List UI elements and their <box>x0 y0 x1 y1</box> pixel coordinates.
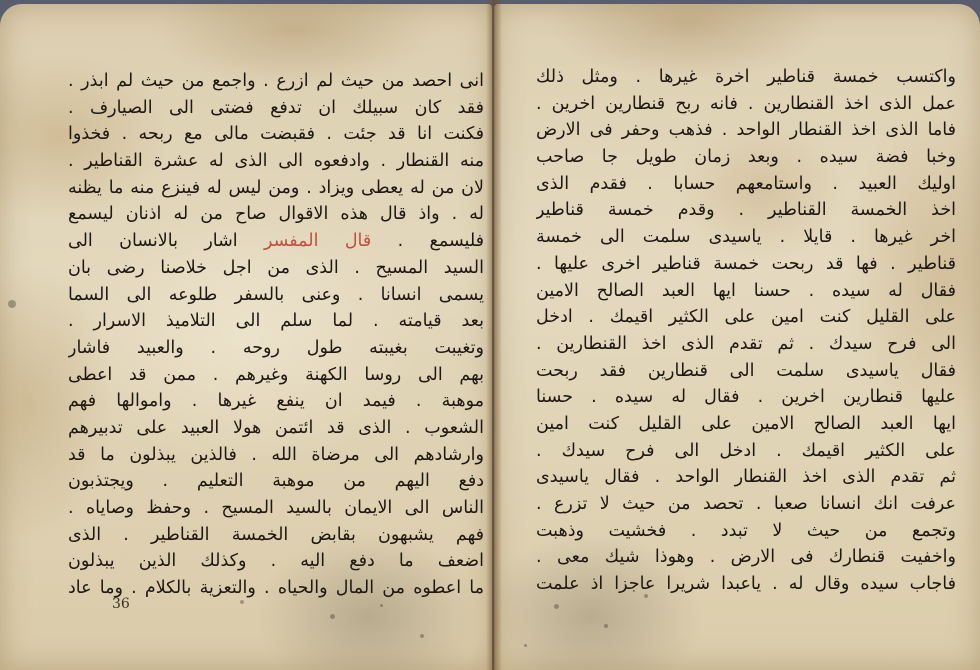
text-line: له . واذ قال هذه الاقوال صاح من له اذنان… <box>68 201 484 228</box>
foxing-spot <box>604 624 608 628</box>
right-page-text: واكتسب خمسة قناطير اخرة غيرها . ومثل ذلك… <box>536 64 956 598</box>
text-line: بعد قيامته . لما سلم الى التلاميذ الاسرا… <box>68 308 484 335</box>
text-line-start: فليسمع . <box>371 231 484 251</box>
text-line: وتجمع من حيث لا تبدد . فخشيت وذهبت <box>536 518 956 545</box>
text-line: بهم الى روسا الكهنة وغيرهم . ممن قد اعطى <box>68 362 484 389</box>
text-line: السيد المسيح . الذى من اجل خلاصنا رضى با… <box>68 255 484 282</box>
text-line-with-rubric: فليسمع . قال المفسر اشار بالانسان الى <box>68 228 484 255</box>
foxing-spot <box>420 634 424 638</box>
text-line-end: اشار بالانسان الى <box>68 231 264 251</box>
text-line: يسمى انسانا . وعنى بالسفر طلوعه الى السم… <box>68 282 484 309</box>
right-page: واكتسب خمسة قناطير اخرة غيرها . ومثل ذلك… <box>494 4 980 670</box>
text-line: فقد كان سبيلك ان تدفع فضتى الى الصيارف . <box>68 95 484 122</box>
text-line: الشعوب . الذى قد ائتمن هولا العبيد على ت… <box>68 415 484 442</box>
text-line: انى احصد من حيث لم ازرع . واجمع من حيث ل… <box>68 68 484 95</box>
foxing-spot <box>380 604 383 607</box>
left-page: انى احصد من حيث لم ازرع . واجمع من حيث ل… <box>0 4 492 670</box>
text-line: فاما الذى اخذ القنطار الواحد . فذهب وحفر… <box>536 117 956 144</box>
text-line: قناطير . فها قد ربحت خمسة قناطير اخرى عل… <box>536 251 956 278</box>
text-line: اضعف ما دفع اليه . وكذلك الذين يبذلون <box>68 548 484 575</box>
text-line: واكتسب خمسة قناطير اخرة غيرها . ومثل ذلك <box>536 64 956 91</box>
text-line: وارشادهم الى مرضاة الله . فالذين يبذلون … <box>68 442 484 469</box>
text-line: اخر غيرها . قايلا . ياسيدى سلمت الى خمسة <box>536 224 956 251</box>
text-line: عرفت انك انسانا صعبا . تحصد من حيث لا تز… <box>536 491 956 518</box>
text-line: عليها قنطارين اخرين . فقال له سيده . حسن… <box>536 384 956 411</box>
text-line: لان من له يعطى ويزاد . ومن ليس له فينزع … <box>68 175 484 202</box>
left-page-text: انى احصد من حيث لم ازرع . واجمع من حيث ل… <box>68 68 484 602</box>
manuscript-spread: انى احصد من حيث لم ازرع . واجمع من حيث ل… <box>0 0 980 670</box>
rubric-heading: قال المفسر <box>264 231 371 251</box>
text-line: على القليل كنت امين على الكثير اقيمك . ا… <box>536 304 956 331</box>
text-line: وخبا فضة سيده . وبعد زمان طويل جا صاحب <box>536 144 956 171</box>
text-line: موهبة . فيمد ان ينفع غيرها . واموالها فه… <box>68 388 484 415</box>
foxing-spot <box>330 614 335 619</box>
foxing-spot <box>8 300 16 308</box>
foxing-spot <box>524 644 527 647</box>
foxing-spot <box>240 600 244 604</box>
foxing-spot <box>644 594 648 598</box>
text-line: فاجاب سيده وقال له . ياعبدا شريرا عاجزا … <box>536 571 956 598</box>
text-line: فهم يشبهون بقابض الخمسة القناطير . الذى <box>68 522 484 549</box>
text-line: دفع اليهم من موهبة التعليم . ويجتذبون <box>68 468 484 495</box>
text-line: الناس الى الايمان بالسيد المسيح . وحفظ و… <box>68 495 484 522</box>
text-line: فقال له سيده . حسنا ايها العبد الصالح ال… <box>536 278 956 305</box>
text-line: فكنت انا قد جئت . فقبضت مالى مع ربحه . ف… <box>68 121 484 148</box>
text-line: اخذ الخمسة القناطير . وقدم خمسة قناطير <box>536 197 956 224</box>
text-line: عمل الذى اخذ القنطارين . فانه ربح قنطاري… <box>536 91 956 118</box>
text-line: ما اعطوه من المال والحياه . والتعزية بال… <box>68 575 484 602</box>
text-line: وتغيبت بغيبته طول روحه . والعبيد فاشار <box>68 335 484 362</box>
text-line: اوليك العبيد . واستامعهم حسابا . فقدم ال… <box>536 171 956 198</box>
text-line: فقال ياسيدى سلمت الى قنطارين فقد ربحت <box>536 358 956 385</box>
text-line: ثم تقدم الذى اخذ القنطار الواحد . فقال ي… <box>536 464 956 491</box>
foxing-spot <box>554 604 559 609</box>
text-line: الى فرح سيدك . ثم تقدم الذى اخذ القنطاري… <box>536 331 956 358</box>
text-line: على الكثير اقيمك . ادخل الى فرح سيدك . <box>536 438 956 465</box>
text-line: منه القنطار . وادفعوه الى الذى له عشرة ا… <box>68 148 484 175</box>
folio-number: 36 <box>112 596 130 612</box>
book-gutter <box>486 0 502 670</box>
text-line: واخفيت قنطارك فى الارض . وهوذا شيك معى . <box>536 544 956 571</box>
text-line: ايها العبد الصالح الامين على القليل كنت … <box>536 411 956 438</box>
